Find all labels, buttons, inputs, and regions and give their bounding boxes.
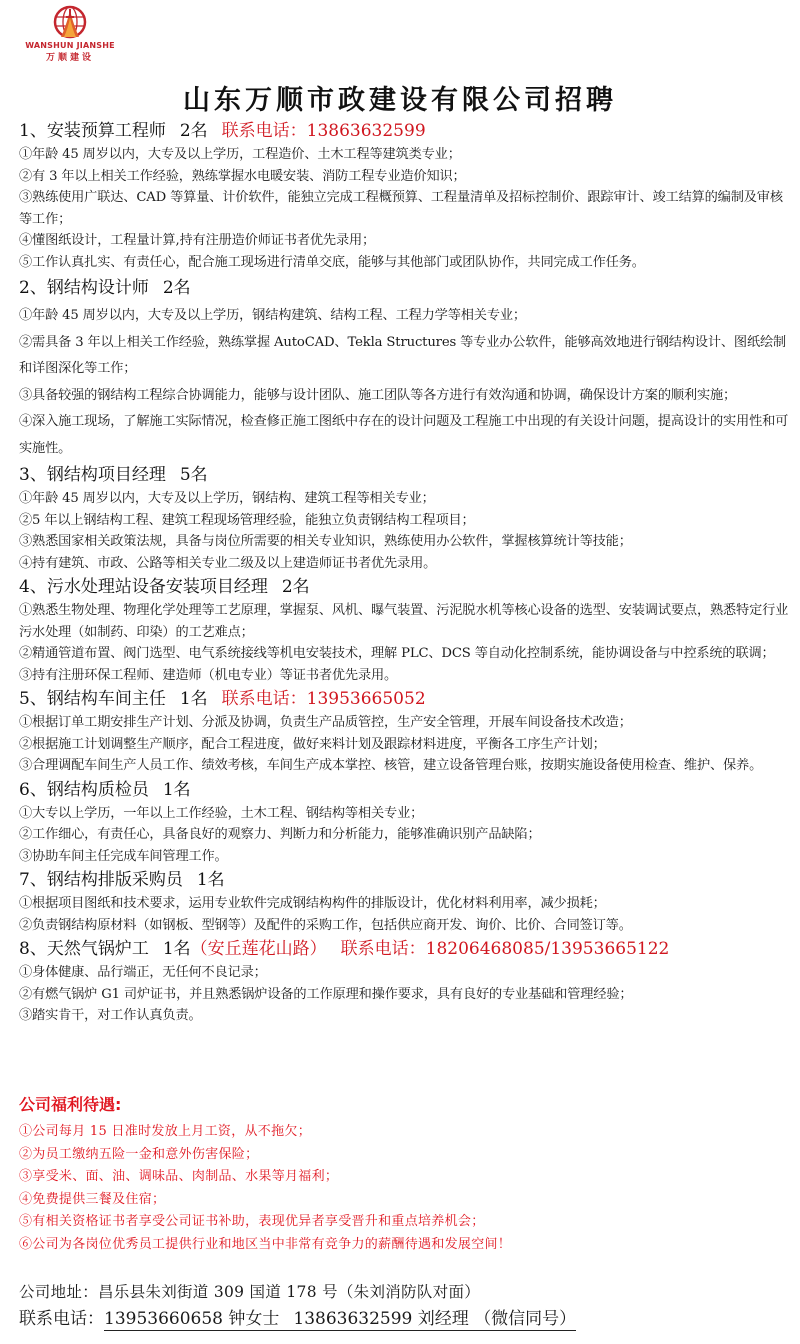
job-index: 6、	[19, 780, 47, 800]
requirement: ④持有建筑、市政、公路等相关专业二级及以上建造师证书者优先录用。	[19, 553, 789, 575]
logo-chinese-name: 万顺建设	[22, 50, 118, 63]
requirement: ①熟悉生物处理、物理化学处理等工艺原理，掌握泵、风机、曝气装置、污泥脱水机等核心…	[19, 600, 789, 643]
job-count: 1名	[197, 870, 225, 890]
phone-number-1: 13953660658	[104, 1309, 223, 1329]
company-address: 公司地址：昌乐县朱刘街道 309 国道 178 号（朱刘消防队对面）	[19, 1280, 789, 1304]
welfare-item: ⑤有相关资格证书者享受公司证书补助，表现优异者享受晋升和重点培养机会；	[19, 1211, 789, 1234]
job-count: 1名	[163, 780, 191, 800]
job-heading: 1、安装预算工程师2名联系电话：13863632599	[19, 118, 789, 144]
requirement: ②工作细心，有责任心，具备良好的观察力、判断力和分析能力，能够准确识别产品缺陷；	[19, 824, 789, 846]
job-heading: 5、钢结构车间主任1名联系电话：13953665052	[19, 686, 789, 712]
job-index: 1、	[19, 121, 47, 141]
job-count: 1名	[180, 689, 208, 709]
requirement: ②需具备 3 年以上相关工作经验，熟练掌握 AutoCAD、Tekla Stru…	[19, 330, 789, 383]
job-contact: 联系电话：18206468085/13953665122	[341, 939, 670, 959]
requirement: ⑤工作认真扎实、有责任心，配合施工现场进行清单交底，能够与其他部门或团队协作，共…	[19, 252, 789, 274]
contact-phone-line: 联系电话：13953660658 钟女士13863632599 刘经理 （微信同…	[19, 1306, 789, 1332]
job-heading: 8、天然气锅炉工1名（安丘莲花山路）联系电话：18206468085/13953…	[19, 936, 789, 962]
job-count: 2名	[282, 577, 310, 597]
requirement: ③踏实肯干，对工作认真负责。	[19, 1005, 789, 1027]
globe-tower-logo-icon	[50, 4, 90, 40]
requirement: ①年龄 45 周岁以内，大专及以上学历，钢结构、建筑工程等相关专业；	[19, 488, 789, 510]
requirement: ①身体健康、品行端正，无任何不良记录；	[19, 962, 789, 984]
requirement: ②有燃气锅炉 G1 司炉证书，并且熟悉锅炉设备的工作原理和操作要求，具有良好的专…	[19, 984, 789, 1006]
requirement: ③合理调配车间生产人员工作、绩效考核，车间生产成本掌控、核管，建立设备管理台账，…	[19, 755, 789, 777]
welfare-section: 公司福利待遇: ①公司每月 15 日准时发放上月工资，从不拖欠； ②为员工缴纳五…	[19, 1093, 789, 1256]
logo-english-name: WANSHUN JIANSHE	[22, 41, 118, 50]
job-count: 2名	[180, 121, 208, 141]
job-contact: 联系电话：13953665052	[222, 689, 426, 709]
job-index: 2、	[19, 278, 47, 298]
welfare-title: 公司福利待遇:	[19, 1093, 789, 1117]
requirement: ③持有注册环保工程师、建造师（机电专业）等证书者优先录用。	[19, 665, 789, 687]
contact-person-2: 刘经理	[418, 1309, 469, 1329]
requirement: ①年龄 45 周岁以内，大专及以上学历，工程造价、土木工程等建筑类专业；	[19, 144, 789, 166]
job-name: 钢结构项目经理	[47, 465, 166, 485]
welfare-item: ③享受米、面、油、调味品、肉制品、水果等月福利；	[19, 1166, 789, 1189]
job-name: 污水处理站设备安装项目经理	[47, 577, 268, 597]
job-item: 7、钢结构排版采购员1名 ①根据项目图纸和技术要求，运用专业软件完成钢结构构件的…	[19, 867, 789, 936]
job-location: （安丘莲花山路）	[191, 939, 327, 959]
requirement: ③熟练使用广联达、CAD 等算量、计价软件，能独立完成工程概预算、工程量清单及招…	[19, 187, 789, 230]
job-name: 天然气锅炉工	[47, 939, 149, 959]
job-name: 钢结构设计师	[47, 278, 149, 298]
job-item: 8、天然气锅炉工1名（安丘莲花山路）联系电话：18206468085/13953…	[19, 936, 789, 1027]
requirement: ④懂图纸设计，工程量计算,持有注册造价师证书者优先录用；	[19, 230, 789, 252]
job-item: 5、钢结构车间主任1名联系电话：13953665052 ①根据订单工期安排生产计…	[19, 686, 789, 777]
wechat-note: （微信同号）	[474, 1309, 576, 1329]
requirement: ③协助车间主任完成车间管理工作。	[19, 846, 789, 868]
job-name: 钢结构车间主任	[47, 689, 166, 709]
requirement: ①根据订单工期安排生产计划、分派及协调，负责生产品质管控，生产安全管理，开展车间…	[19, 712, 789, 734]
job-index: 3、	[19, 465, 47, 485]
job-count: 2名	[163, 278, 191, 298]
job-index: 5、	[19, 689, 47, 709]
welfare-item: ①公司每月 15 日准时发放上月工资，从不拖欠；	[19, 1121, 789, 1144]
requirement: ②5 年以上钢结构工程、建筑工程现场管理经验，能独立负责钢结构工程项目；	[19, 510, 789, 532]
job-count: 5名	[180, 465, 208, 485]
requirement: ②有 3 年以上相关工作经验，熟练掌握水电暖安装、消防工程专业造价知识；	[19, 166, 789, 188]
job-heading: 2、钢结构设计师2名	[19, 273, 789, 303]
requirement: ①年龄 45 周岁以内，大专及以上学历，钢结构建筑、结构工程、工程力学等相关专业…	[19, 303, 789, 330]
job-name: 钢结构排版采购员	[47, 870, 183, 890]
requirement: ①大专以上学历，一年以上工作经验，土木工程、钢结构等相关专业；	[19, 803, 789, 825]
phone-contacts: 13953660658 钟女士13863632599 刘经理 （微信同号）	[104, 1309, 576, 1331]
job-count: 1名	[163, 939, 191, 959]
requirement: ④深入施工现场，了解施工实际情况，检查修正施工图纸中存在的设计问题及工程施工中出…	[19, 409, 789, 462]
company-logo: WANSHUN JIANSHE 万顺建设	[22, 4, 118, 64]
requirement: ②负责钢结构原材料（如钢板、型钢等）及配件的采购工作，包括供应商开发、询价、比价…	[19, 915, 789, 937]
job-item: 6、钢结构质检员1名 ①大专以上学历，一年以上工作经验，土木工程、钢结构等相关专…	[19, 777, 789, 868]
welfare-item: ⑥公司为各岗位优秀员工提供行业和地区当中非常有竞争力的薪酬待遇和发展空间！	[19, 1234, 789, 1257]
requirement: ②精通管道布置、阀门选型、电气系统接线等机电安装技术，理解 PLC、DCS 等自…	[19, 643, 789, 665]
contact-person-1: 钟女士	[228, 1309, 279, 1329]
job-heading: 4、污水处理站设备安装项目经理2名	[19, 574, 789, 600]
page-title: 山东万顺市政建设有限公司招聘	[0, 78, 800, 117]
job-name: 钢结构质检员	[47, 780, 149, 800]
requirement: ③具备较强的钢结构工程综合协调能力，能够与设计团队、施工团队等各方进行有效沟通和…	[19, 383, 789, 410]
job-heading: 3、钢结构项目经理5名	[19, 462, 789, 488]
job-name: 安装预算工程师	[47, 121, 166, 141]
phone-label: 联系电话：	[19, 1309, 104, 1329]
welfare-item: ④免费提供三餐及住宿；	[19, 1189, 789, 1212]
job-contact: 联系电话：13863632599	[222, 121, 426, 141]
requirement: ③熟悉国家相关政策法规，具备与岗位所需要的相关专业知识，熟练使用办公软件，掌握核…	[19, 531, 789, 553]
job-item: 4、污水处理站设备安装项目经理2名 ①熟悉生物处理、物理化学处理等工艺原理，掌握…	[19, 574, 789, 686]
job-list: 1、安装预算工程师2名联系电话：13863632599 ①年龄 45 周岁以内，…	[19, 118, 789, 1027]
job-item: 2、钢结构设计师2名 ①年龄 45 周岁以内，大专及以上学历，钢结构建筑、结构工…	[19, 273, 789, 462]
requirement: ②根据施工计划调整生产顺序，配合工程进度，做好来料计划及跟踪材料进度，平衡各工序…	[19, 734, 789, 756]
job-index: 4、	[19, 577, 47, 597]
job-heading: 6、钢结构质检员1名	[19, 777, 789, 803]
job-index: 8、	[19, 939, 47, 959]
welfare-item: ②为员工缴纳五险一金和意外伤害保险；	[19, 1144, 789, 1167]
phone-number-2: 13863632599	[293, 1309, 412, 1329]
job-item: 1、安装预算工程师2名联系电话：13863632599 ①年龄 45 周岁以内，…	[19, 118, 789, 273]
job-index: 7、	[19, 870, 47, 890]
job-item: 3、钢结构项目经理5名 ①年龄 45 周岁以内，大专及以上学历，钢结构、建筑工程…	[19, 462, 789, 574]
job-heading: 7、钢结构排版采购员1名	[19, 867, 789, 893]
requirement: ①根据项目图纸和技术要求，运用专业软件完成钢结构构件的排版设计，优化材料利用率，…	[19, 893, 789, 915]
